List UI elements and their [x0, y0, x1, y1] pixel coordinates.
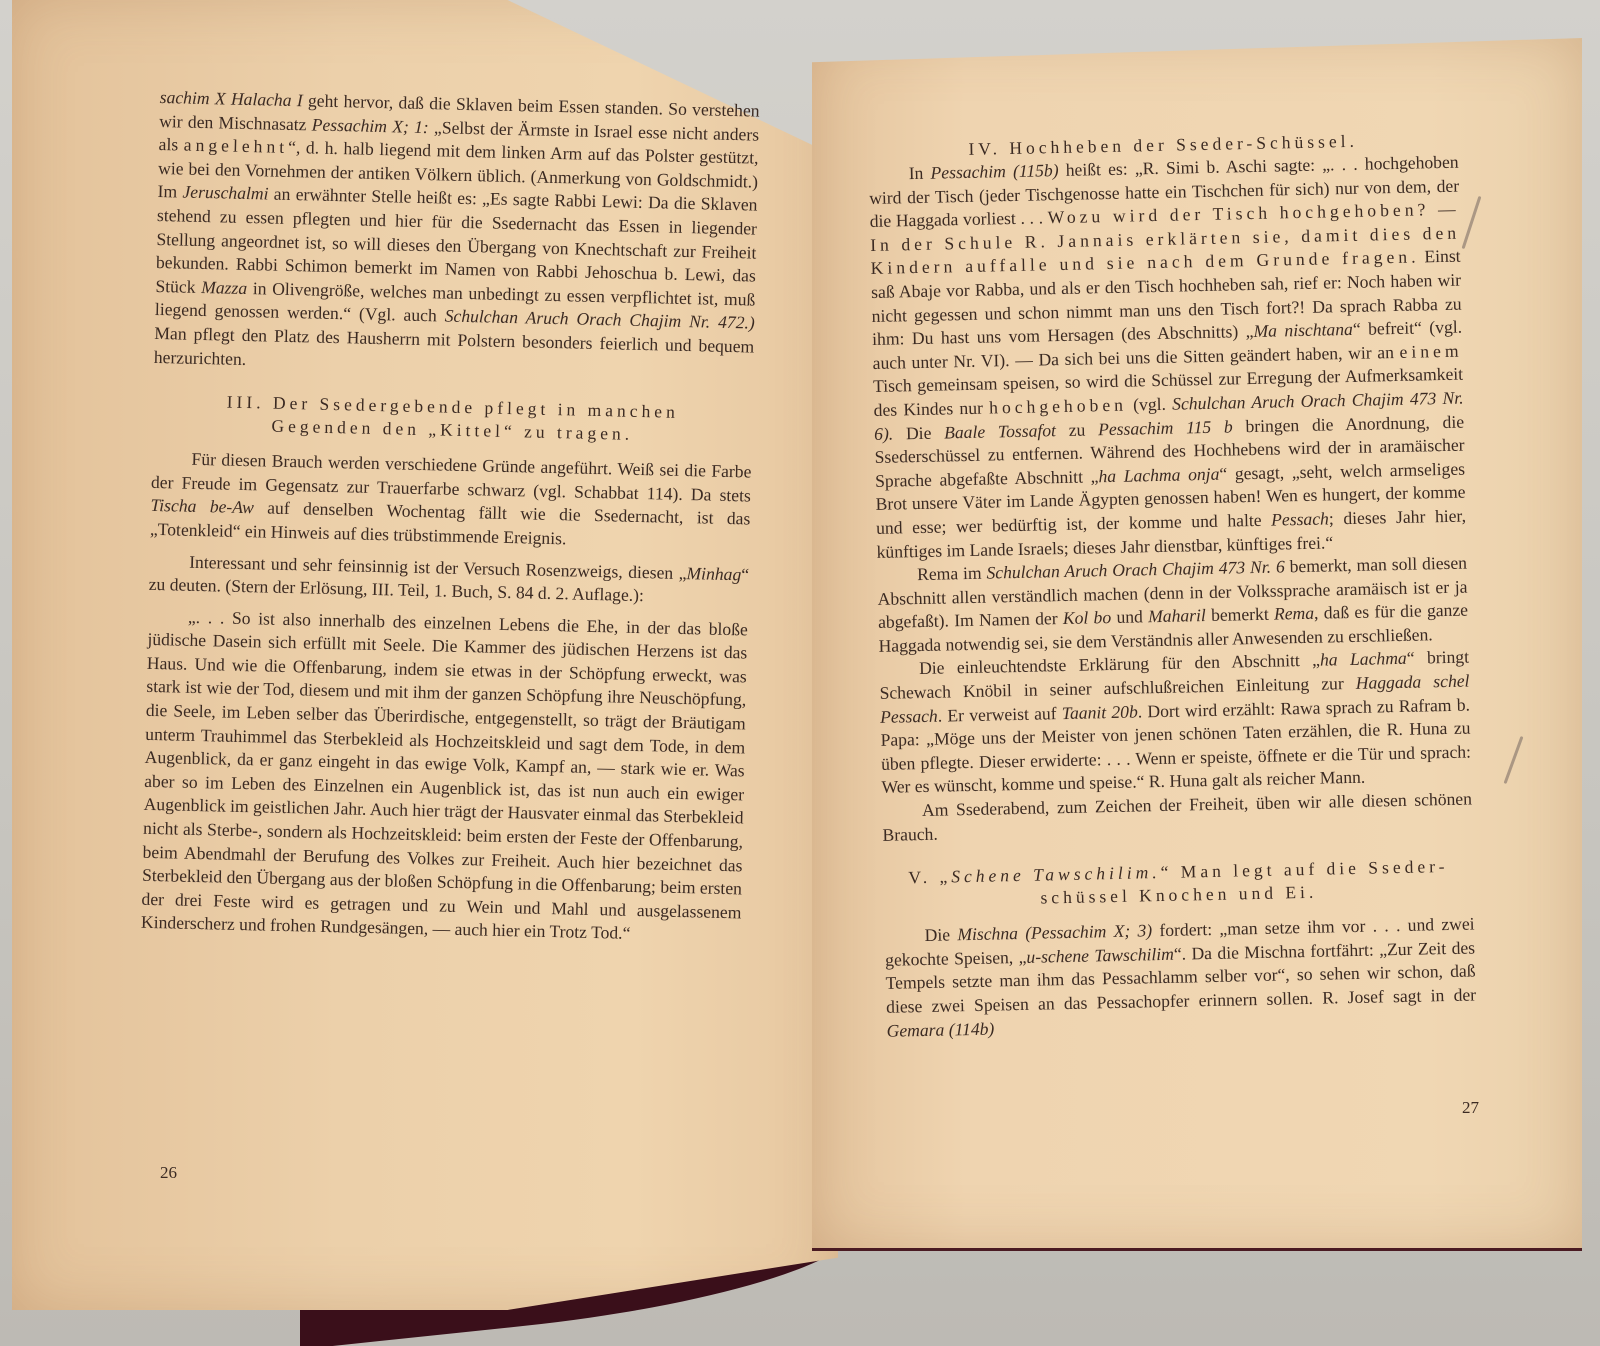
page-number-left: 26	[160, 1163, 177, 1183]
right-page-text: IV. Hochheben der Sseder-Schüssel. In Pe…	[868, 128, 1477, 1043]
section-3-heading: III. Der Ssedergebende pflegt in manchen…	[152, 389, 753, 449]
paragraph: Für diesen Brauch werden verschiedene Gr…	[150, 447, 752, 555]
section-5-heading-line-2: schüssel Knochen und Ei.	[1040, 882, 1317, 908]
paragraph: Die Mischna (Pessachim X; 3) fordert: „m…	[884, 913, 1476, 1043]
section-5-heading-line-1: V. „Schene Tawschilim.“ Man legt auf die…	[908, 856, 1448, 887]
paragraph: Rema im Schulchan Aruch Orach Chajim 473…	[877, 552, 1469, 659]
quotation-paragraph: „. . . So ist also innerhalb des einzeln…	[141, 605, 748, 949]
section-5-heading: V. „Schene Tawschilim.“ Man legt auf die…	[883, 855, 1474, 913]
page-number-right: 27	[1462, 1098, 1479, 1118]
paragraph: Die einleuchtendste Erklärung für den Ab…	[879, 646, 1472, 800]
section-3-heading-line-2: Gegenden den „Kittel“ zu tragen.	[271, 416, 633, 444]
left-page-text: sachim X Halacha I geht hervor, daß die …	[141, 86, 760, 948]
continuation-paragraph: sachim X Halacha I geht hervor, daß die …	[154, 86, 760, 383]
paragraph: In Pessachim (115b) heißt es: „R. Simi b…	[868, 151, 1466, 564]
